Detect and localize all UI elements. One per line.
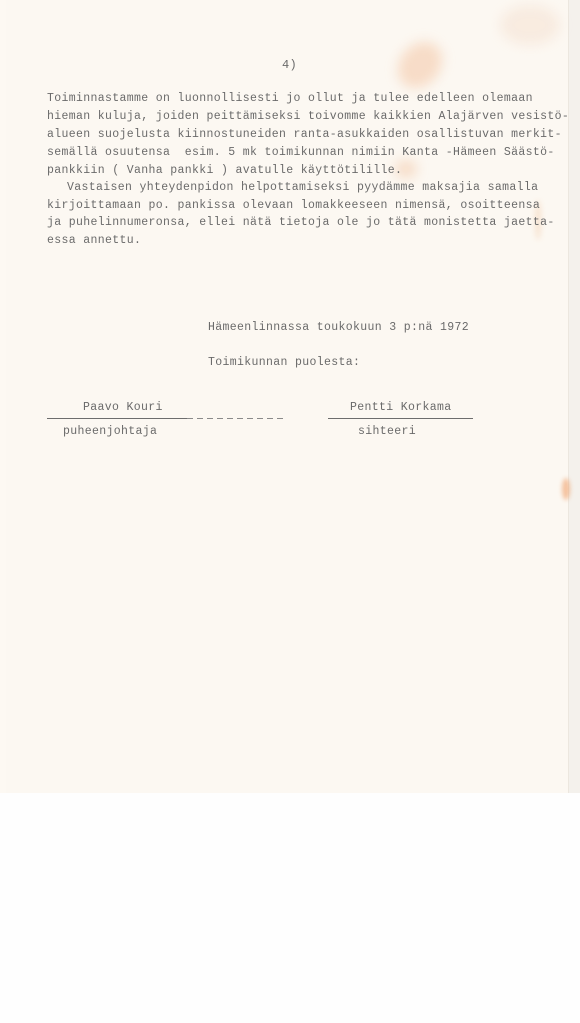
page-edge [569,0,580,793]
body-line: alueen suojelusta kiinnostuneiden ranta-… [47,128,562,141]
body-line: ja puhelinnumeronsa, ellei nätä tietoja … [47,216,555,229]
body-line: pankkiin ( Vanha pankki ) avatulle käytt… [47,164,402,177]
body-line: semällä osuutensa esim. 5 mk toimikunnan… [47,146,555,159]
on-behalf-line: Toimikunnan puolesta: [208,356,360,369]
body-line: kirjoittamaan po. pankissa olevaan lomak… [47,199,540,212]
stain [500,5,560,45]
signatory-role-chair: puheenjohtaja [63,425,157,438]
signatory-name-chair: Paavo Kouri [83,401,163,414]
page-number: 4) [282,58,297,72]
body-line: Vastaisen yhteydenpidon helpottamiseksi … [67,181,538,194]
signatory-role-secretary: sihteeri [358,425,416,438]
stain [562,478,570,500]
signature-line-chair [47,418,187,419]
signature-line-secretary [328,418,473,419]
signatory-name-secretary: Pentti Korkama [350,401,452,414]
body-line: hieman kuluja, joiden peittämiseksi toiv… [47,110,569,123]
place-date: Hämeenlinnassa toukokuun 3 p:nä 1972 [208,321,469,334]
body-line: essa annettu. [47,234,141,247]
body-line: Toiminnastamme on luonnollisesti jo ollu… [47,92,533,105]
signature-line-chair-dashed [187,418,287,419]
